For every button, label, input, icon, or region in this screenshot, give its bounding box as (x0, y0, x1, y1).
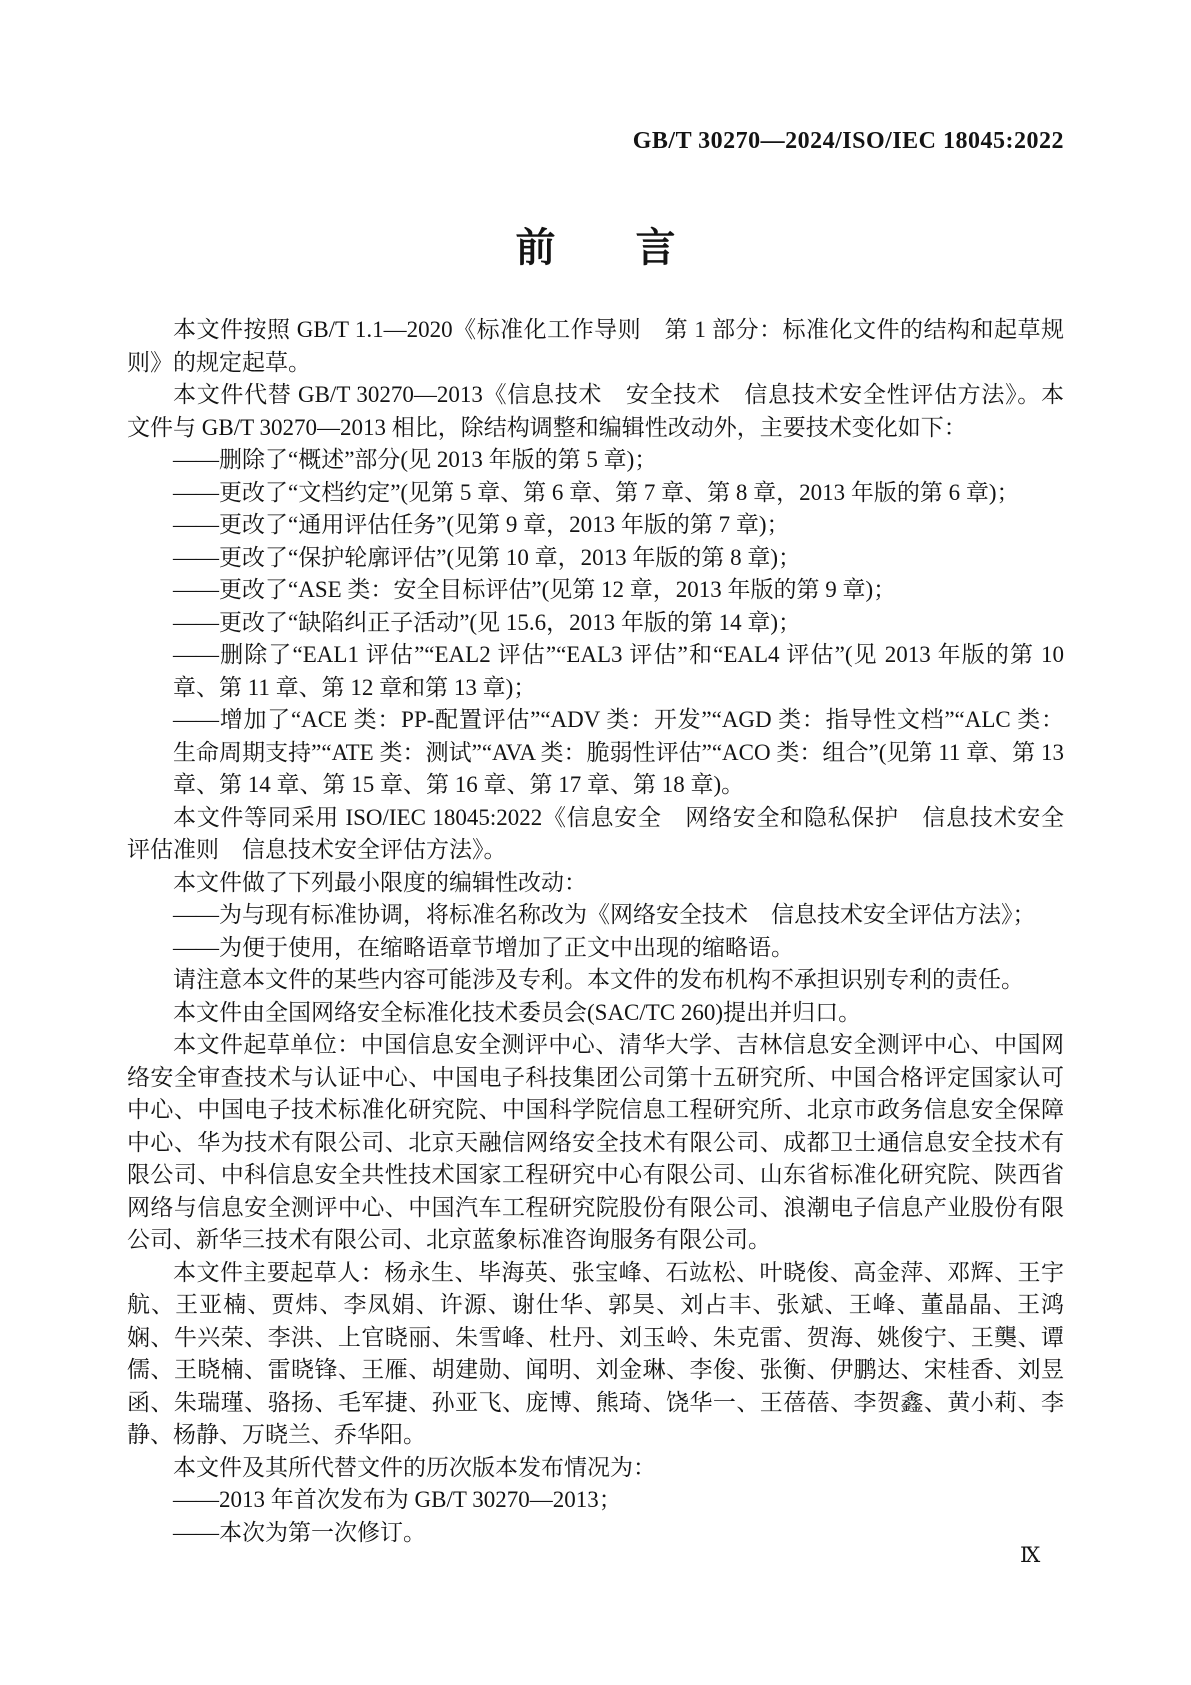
foreword-paragraph: 本文件由全国网络安全标准化技术委员会(SAC/TC 260)提出并归口。 (127, 997, 1064, 1030)
foreword-list-item: ——为与现有标准协调，将标准名称改为《网络安全技术 信息技术安全评估方法》； (173, 899, 1064, 932)
foreword-list-item: ——更改了“ASE 类：安全目标评估”(见第 12 章，2013 年版的第 9 … (173, 574, 1064, 607)
foreword-list-item: ——更改了“通用评估任务”(见第 9 章，2013 年版的第 7 章)； (173, 509, 1064, 542)
foreword-paragraph: 本文件按照 GB/T 1.1—2020《标准化工作导则 第 1 部分：标准化文件… (127, 314, 1064, 379)
foreword-list-item: ——删除了“EAL1 评估”“EAL2 评估”“EAL3 评估”和“EAL4 评… (173, 639, 1064, 704)
foreword-body: 本文件按照 GB/T 1.1—2020《标准化工作导则 第 1 部分：标准化文件… (127, 314, 1064, 1549)
foreword-list-item: ——更改了“缺陷纠正子活动”(见 15.6，2013 年版的第 14 章)； (173, 607, 1064, 640)
page-number: Ⅸ (1020, 1543, 1040, 1568)
foreword-paragraph: 请注意本文件的某些内容可能涉及专利。本文件的发布机构不承担识别专利的责任。 (127, 964, 1064, 997)
foreword-paragraph: 本文件主要起草人：杨永生、毕海英、张宝峰、石竑松、叶晓俊、高金萍、邓辉、王宇航、… (127, 1257, 1064, 1452)
foreword-list-item: ——更改了“文档约定”(见第 5 章、第 6 章、第 7 章、第 8 章，201… (173, 477, 1064, 510)
foreword-list-item: ——删除了“概述”部分(见 2013 年版的第 5 章)； (173, 444, 1064, 477)
foreword-paragraph: 本文件做了下列最小限度的编辑性改动： (127, 867, 1064, 900)
foreword-list-item: ——增加了“ACE 类：PP-配置评估”“ADV 类：开发”“AGD 类：指导性… (173, 704, 1064, 802)
foreword-paragraph: 本文件起草单位：中国信息安全测评中心、清华大学、吉林信息安全测评中心、中国网络安… (127, 1029, 1064, 1257)
foreword-list-item: ——本次为第一次修订。 (173, 1517, 1064, 1550)
foreword-list-item: ——更改了“保护轮廓评估”(见第 10 章，2013 年版的第 8 章)； (173, 542, 1064, 575)
foreword-paragraph: 本文件等同采用 ISO/IEC 18045:2022《信息安全 网络安全和隐私保… (127, 802, 1064, 867)
foreword-list-item: ——2013 年首次发布为 GB/T 30270—2013； (173, 1484, 1064, 1517)
document-page: GB/T 30270—2024/ISO/IEC 18045:2022 前 言 本… (0, 0, 1191, 1685)
foreword-paragraph: 本文件及其所代替文件的历次版本发布情况为： (127, 1452, 1064, 1485)
foreword-paragraph: 本文件代替 GB/T 30270—2013《信息技术 安全技术 信息技术安全性评… (127, 379, 1064, 444)
foreword-title: 前 言 (127, 226, 1064, 270)
document-code-header: GB/T 30270—2024/ISO/IEC 18045:2022 (127, 128, 1064, 155)
foreword-list-item: ——为便于使用，在缩略语章节增加了正文中出现的缩略语。 (173, 932, 1064, 965)
